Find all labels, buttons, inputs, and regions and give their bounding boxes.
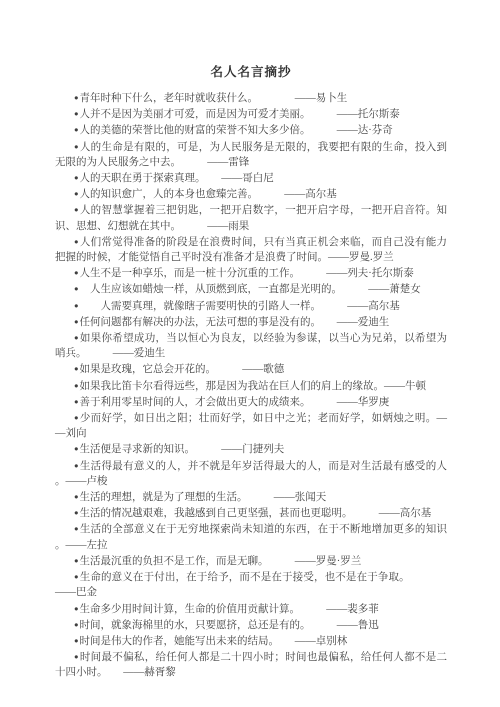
quote-item: ●生命多少用时间计算，生命的价值用贡献计算。 ——裴多菲	[55, 601, 447, 617]
quote-attribution: ——歌德	[242, 364, 284, 375]
quote-separator	[211, 364, 243, 375]
quote-item: ●时间，就象海棉里的水，只要愿挤，总还是有的。 ——鲁迅	[55, 617, 447, 633]
quote-attribution: ——巴金	[55, 587, 97, 598]
quote-text: 人的智慧掌握着三把钥匙，一把开启数字，一把开启字母，一把开启音符。知识、思想、幻…	[55, 205, 447, 231]
quote-item: ●人们常觉得准备的阶段是在浪费时间，只有当真正机会来临，而自己没有能力把握的时候…	[55, 234, 447, 265]
quote-item: ●生命的意义在于付出，在于给予，而不是在于接受，也不是在于争取。 ——巴金	[55, 569, 447, 600]
quote-item: ●生活的理想，就是为了理想的生活。 ——张闻天	[55, 489, 447, 505]
quote-text: 人需要真理，就像瞎子需要明快的引路人一样。	[80, 301, 316, 312]
quote-text: 生活便是寻求新的知识。	[80, 444, 190, 455]
quote-attribution: ——爱迪生	[113, 348, 166, 359]
quote-attribution: ——张闻天	[274, 492, 327, 503]
quote-attribution: ——罗曼·罗兰	[295, 556, 362, 567]
quote-attribution: ——卢梭	[66, 476, 108, 487]
quote-attribution: ——牛顿	[384, 381, 426, 392]
quote-item: ●人生不是一种享乐，而是一桩十分沉重的工作。 ——列夫·托尔斯泰	[55, 265, 447, 281]
quote-item: ●人的美德的荣誉比他的财富的荣誉不知大多少倍。 ——达·芬奇	[55, 122, 447, 138]
quote-separator	[347, 508, 379, 519]
quote-item: ●时间是伟大的作者，她能写出未来的结局。 ——卓别林	[55, 633, 447, 649]
quote-text: 如果是玫瑰，它总会开花的。	[80, 364, 211, 375]
quote-text: 时间是伟大的作者，她能写出未来的结局。	[80, 636, 274, 647]
quote-text: 人的知识愈广，人的本身也愈臻完善。	[80, 189, 253, 200]
quote-separator	[176, 221, 208, 232]
quote-item: ●人的知识愈广，人的本身也愈臻完善。 ——高尔基	[55, 186, 447, 202]
quote-attribution: ——达·芬奇	[337, 125, 393, 136]
quote-text: 生活的理想，就是为了理想的生活。	[80, 492, 243, 503]
page-title: 名人名言摘抄	[55, 62, 447, 80]
quote-item: ●生活的情况越艰难，我越感到自己更坚强，甚而也更聪明。 ——高尔基	[55, 505, 447, 521]
quote-text: 生活最沉重的负担不是工作，而是无聊。	[80, 556, 264, 567]
quote-text: 人的天职在勇于探索真理。	[80, 173, 201, 184]
quote-text: 生活的情况越艰难，我越感到自己更坚强，甚而也更聪明。	[80, 508, 348, 519]
quote-separator	[305, 397, 337, 408]
quote-attribution: ——华罗庚	[337, 397, 390, 408]
quote-item: ●人的天职在勇于探索真理。 ——哥白尼	[55, 170, 447, 186]
quote-attribution: ——左拉	[66, 540, 108, 551]
quote-separator	[200, 173, 221, 184]
quote-separator	[337, 284, 369, 295]
quote-text: 青年时种下什么，老年时就收获什么。	[80, 93, 253, 104]
quote-separator	[190, 444, 222, 455]
quote-item: ●任何问题都有解决的办法，无法可想的事是没有的。 ——爱迪生	[55, 314, 447, 330]
quote-separator	[295, 604, 327, 615]
quote-item: ●生活最沉重的负担不是工作，而是无聊。 ——罗曼·罗兰	[55, 553, 447, 569]
quote-item: ● 人需要真理，就像瞎子需要明快的引路人一样。 ——高尔基	[55, 298, 447, 314]
quote-separator	[253, 93, 295, 104]
quote-text: 如果我比笛卡尔看得远些，那是因为我站在巨人们的肩上的缘故。	[80, 381, 385, 392]
quote-attribution: ——托尔斯泰	[337, 109, 400, 120]
quote-text: 任何问题都有解决的办法，无法可想的事是没有的。	[80, 317, 316, 328]
quote-separator	[274, 636, 295, 647]
quote-item: ●生活的全部意义在于无穷地探索尚未知道的东西，在于不断地增加更多的知识。——左拉	[55, 521, 447, 552]
quote-separator	[176, 157, 208, 168]
quote-text: 人生应该如蜡烛一样，从顶燃到底，一直都是光明的。	[80, 284, 337, 295]
quote-text: 生命的意义在于付出，在于给予，而不是在于接受，也不是在于争取。	[80, 572, 405, 583]
quote-attribution: ——高尔基	[284, 189, 337, 200]
quote-item: ●如果你希望成功，当以恒心为良友，以经验为参谋，以当心为兄弟，以希望为哨兵。 —…	[55, 330, 447, 361]
quote-attribution: ——高尔基	[347, 301, 400, 312]
quote-item: ●生活便是寻求新的知识。 ——门捷列夫	[55, 441, 447, 457]
quote-attribution: ——列夫·托尔斯泰	[326, 268, 414, 279]
quote-separator	[295, 268, 327, 279]
quote-text: 人的美德的荣誉比他的财富的荣誉不知大多少倍。	[80, 125, 306, 136]
quote-separator	[305, 109, 337, 120]
quote-separator	[305, 620, 337, 631]
quote-item: ● 人生应该如蜡烛一样，从顶燃到底，一直都是光明的。 ——萧楚女	[55, 281, 447, 297]
quote-item: ●青年时种下什么，老年时就收获什么。 ——易卜生	[55, 90, 447, 106]
quote-separator	[305, 125, 337, 136]
quote-attribution: ——鲁迅	[337, 620, 379, 631]
quote-attribution: ——雨果	[207, 221, 249, 232]
quote-separator	[263, 556, 295, 567]
quote-item: ●时间最不偏私，给任何人都是二十四小时；时间也最偏私，给任何人都不是二十四小时。…	[55, 649, 447, 680]
quote-attribution: ——雷锋	[207, 157, 249, 168]
quote-text: 善于利用零星时间的人，才会做出更大的成绩来。	[80, 397, 306, 408]
quote-text: 人的生命是有限的，可是，为人民服务是无限的，我要把有限的生命，投入到无限的为人民…	[55, 142, 447, 168]
quote-item: ●如果我比笛卡尔看得远些，那是因为我站在巨人们的肩上的缘故。——牛顿	[55, 378, 447, 394]
quote-text: 生活得最有意义的人，并不就是年岁活得最大的人，而是对生活最有感受的人。	[55, 461, 447, 487]
quote-separator	[242, 492, 274, 503]
quote-separator	[102, 667, 123, 678]
quote-attribution: ——罗曼.罗兰	[328, 252, 394, 263]
quote-text: 少而好学，如日出之阳；壮而好学，如日中之光；老而好学，如炳烛之明。	[80, 413, 437, 424]
quote-attribution: ——高尔基	[379, 508, 432, 519]
quote-text: 人并不是因为美丽才可爱，而是因为可爱才美丽。	[80, 109, 306, 120]
quote-list: ●青年时种下什么，老年时就收获什么。 ——易卜生 ●人并不是因为美丽才可爱，而是…	[55, 90, 447, 681]
quote-separator	[81, 348, 113, 359]
quote-item: ●善于利用零星时间的人，才会做出更大的成绩来。 ——华罗庚	[55, 394, 447, 410]
quote-attribution: ——萧楚女	[368, 284, 421, 295]
quote-item: ●人并不是因为美丽才可爱，而是因为可爱才美丽。 ——托尔斯泰	[55, 106, 447, 122]
quote-separator	[405, 572, 447, 583]
quote-separator	[253, 189, 285, 200]
quote-attribution: ——裴多菲	[326, 604, 379, 615]
quote-text: 时间，就象海棉里的水，只要愿挤，总还是有的。	[80, 620, 306, 631]
quote-text: 生活的全部意义在于无穷地探索尚未知道的东西，在于不断地增加更多的知识。	[55, 524, 447, 550]
quote-attribution: ——爱迪生	[337, 317, 390, 328]
quote-item: ●如果是玫瑰，它总会开花的。 ——歌德	[55, 361, 447, 377]
quote-separator	[316, 317, 337, 328]
quote-separator	[316, 301, 348, 312]
quote-attribution: ——赫胥黎	[123, 667, 176, 678]
quote-text: 生命多少用时间计算，生命的价值用贡献计算。	[80, 604, 295, 615]
quote-text: 人生不是一种享乐，而是一桩十分沉重的工作。	[80, 268, 295, 279]
document-page: 名人名言摘抄 ●青年时种下什么，老年时就收获什么。 ——易卜生 ●人并不是因为美…	[0, 0, 500, 707]
quote-item: ●人的智慧掌握着三把钥匙，一把开启数字，一把开启字母，一把开启音符。知识、思想、…	[55, 202, 447, 233]
quote-attribution: ——门捷列夫	[221, 444, 284, 455]
quote-attribution: ——卓别林	[295, 636, 348, 647]
quote-item: ●少而好学，如日出之阳；壮而好学，如日中之光；老而好学，如炳烛之明。——刘向	[55, 410, 447, 441]
quote-attribution: ——哥白尼	[221, 173, 274, 184]
quote-item: ●人的生命是有限的，可是，为人民服务是无限的，我要把有限的生命，投入到无限的为人…	[55, 139, 447, 170]
quote-item: ●生活得最有意义的人，并不就是年岁活得最大的人，而是对生活最有感受的人。——卢梭	[55, 458, 447, 489]
quote-attribution: ——易卜生	[295, 93, 348, 104]
